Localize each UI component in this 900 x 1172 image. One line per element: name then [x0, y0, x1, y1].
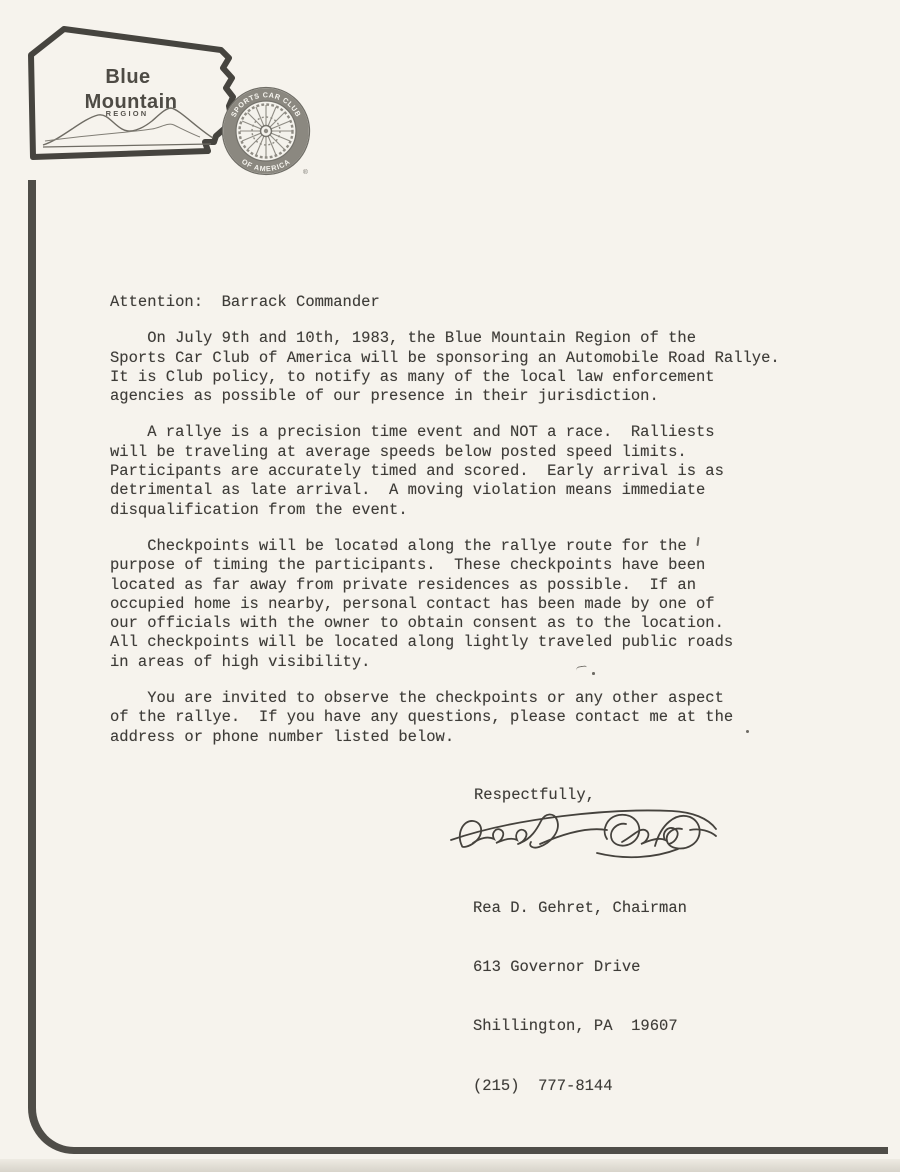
scca-badge-icon: SPORTS CAR CLUB OF AMERICA ® — [223, 88, 310, 177]
paragraph-4: You are invited to observe the checkpoin… — [110, 689, 810, 747]
scan-page-edge — [0, 1159, 900, 1172]
signatory-phone: (215) 777-8144 — [473, 1077, 687, 1097]
paragraph-2: A rallye is a precision time event and N… — [110, 423, 810, 519]
letter-body: Attention: Barrack Commander On July 9th… — [110, 293, 810, 764]
handwritten-signature — [440, 795, 740, 867]
scan-artifact — [592, 672, 595, 675]
paragraph-3: Checkpoints will be locatəd along the ra… — [110, 537, 810, 672]
letterhead-region-label: REGION — [104, 110, 150, 118]
registered-trademark-symbol: ® — [303, 168, 308, 176]
signatory-address-line1: 613 Governor Drive — [473, 958, 687, 978]
paragraph-1: On July 9th and 10th, 1983, the Blue Mou… — [110, 329, 810, 406]
signatory-name: Rea D. Gehret, Chairman — [473, 899, 687, 919]
scan-artifact — [746, 730, 749, 733]
letterhead-region-name-line1: Blue — [86, 67, 170, 87]
attention-line: Attention: Barrack Commander — [110, 293, 810, 312]
scanned-letter-page: SPORTS CAR CLUB OF AMERICA ® Blue Mounta… — [0, 0, 900, 1172]
signature-block: Rea D. Gehret, Chairman 613 Governor Dri… — [473, 859, 687, 1136]
signatory-address-line2: Shillington, PA 19607 — [473, 1017, 687, 1037]
